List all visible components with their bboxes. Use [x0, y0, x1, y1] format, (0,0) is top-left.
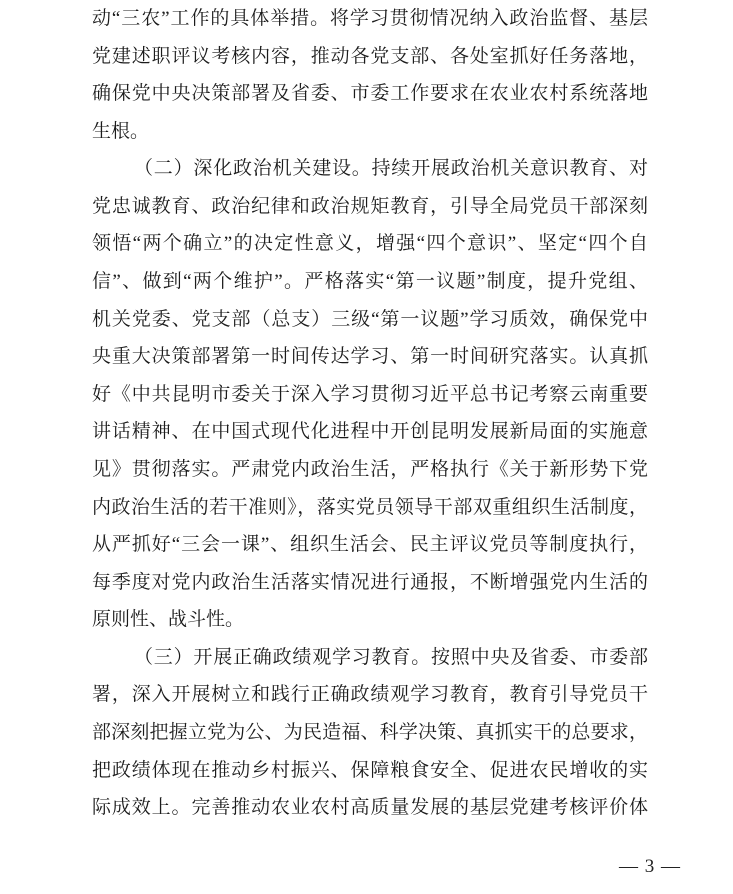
text-line: 原则性、战斗性。: [92, 601, 648, 639]
text-line: 署，深入开展树立和践行正确政绩观学习教育，教育引导党员干: [92, 676, 648, 714]
text-line: 动“三农”工作的具体举措。将学习贯彻情况纳入政治监督、基层: [92, 0, 648, 38]
text-line: 党建述职评议考核内容，推动各党支部、各处室抓好任务落地，: [92, 38, 648, 76]
text-line: 内政治生活的若干准则》，落实党员领导干部双重组织生活制度，: [92, 489, 648, 527]
text-line: 部深刻把握立党为公、为民造福、科学决策、真抓实干的总要求，: [92, 714, 648, 752]
text-line: （二）深化政治机关建设。持续开展政治机关意识教育、对: [92, 150, 648, 188]
text-line: 信”、做到“两个维护”。严格落实“第一议题”制度，提升党组、: [92, 263, 648, 301]
paragraph-section-2: （二）深化政治机关建设。持续开展政治机关意识教育、对 党忠诚教育、政治纪律和政治…: [92, 150, 648, 639]
text-line: 见》贯彻落实。严肃党内政治生活，严格执行《关于新形势下党: [92, 451, 648, 489]
text-line: 好《中共昆明市委关于深入学习贯彻习近平总书记考察云南重要: [92, 376, 648, 414]
text-line: 把政绩体现在推动乡村振兴、保障粮食安全、促进农民增收的实: [92, 752, 648, 790]
text-line: 机关党委、党支部（总支）三级“第一议题”学习质效，确保党中: [92, 301, 648, 339]
text-line: 从严抓好“三会一课”、组织生活会、民主评议党员等制度执行，: [92, 526, 648, 564]
text-line: 生根。: [92, 113, 648, 151]
body-text: 动“三农”工作的具体举措。将学习贯彻情况纳入政治监督、基层 党建述职评议考核内容…: [92, 0, 648, 827]
text-line: 领悟“两个确立”的决定性意义，增强“四个意识”、坚定“四个自: [92, 225, 648, 263]
paragraph-continuation: 动“三农”工作的具体举措。将学习贯彻情况纳入政治监督、基层 党建述职评议考核内容…: [92, 0, 648, 150]
page-number: — 3 —: [605, 854, 695, 880]
text-line: 际成效上。完善推动农业农村高质量发展的基层党建考核评价体: [92, 789, 648, 827]
text-line: 央重大决策部署第一时间传达学习、第一时间研究落实。认真抓: [92, 338, 648, 376]
text-line: 讲话精神、在中国式现代化进程中开创昆明发展新局面的实施意: [92, 413, 648, 451]
text-line: 确保党中央决策部署及省委、市委工作要求在农业农村系统落地: [92, 75, 648, 113]
paragraph-section-3: （三）开展正确政绩观学习教育。按照中央及省委、市委部 署，深入开展树立和践行正确…: [92, 639, 648, 827]
text-line: （三）开展正确政绩观学习教育。按照中央及省委、市委部: [92, 639, 648, 677]
text-line: 党忠诚教育、政治纪律和政治规矩教育，引导全局党员干部深刻: [92, 188, 648, 226]
document-page: 动“三农”工作的具体举措。将学习贯彻情况纳入政治监督、基层 党建述职评议考核内容…: [0, 0, 733, 894]
text-line: 每季度对党内政治生活落实情况进行通报，不断增强党内生活的: [92, 564, 648, 602]
